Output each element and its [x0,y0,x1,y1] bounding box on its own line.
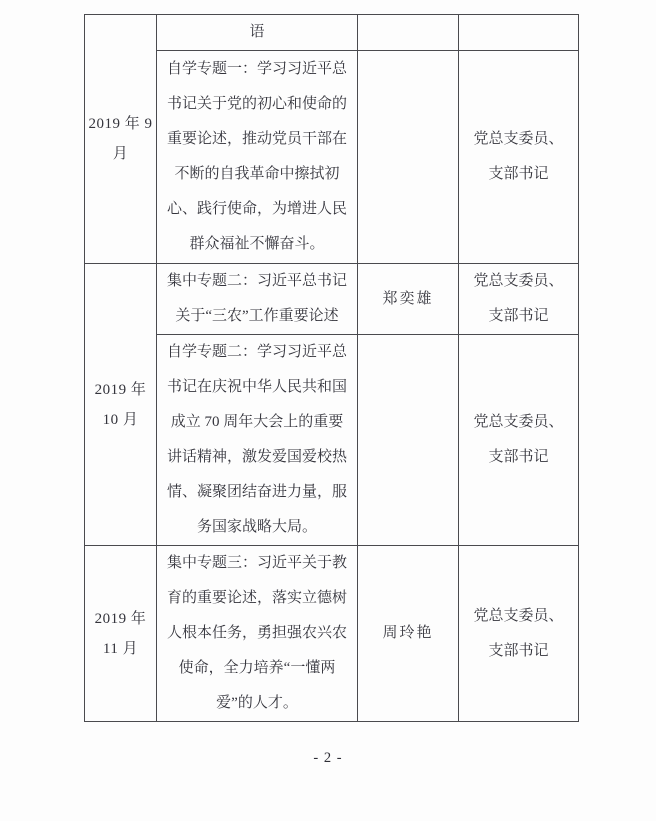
table-row: 自学专题一：学习习近平总书记关于党的初心和使命的重要论述，推动党员干部在不断的自… [85,51,579,264]
topic-cell: 集中专题三：习近平关于教育的重要论述，落实立德树人根本任务，勇担强农兴农使命，全… [157,546,358,722]
participants-cell [459,15,579,51]
speaker-cell [358,51,459,264]
page-number: - 2 - [0,750,656,767]
speaker-cell: 周玲艳 [358,546,459,722]
table-row: 自学专题二：学习习近平总书记在庆祝中华人民共和国成立 70 周年大会上的重要讲话… [85,335,579,546]
topic-cell: 自学专题一：学习习近平总书记关于党的初心和使命的重要论述，推动党员干部在不断的自… [157,51,358,264]
speaker-cell [358,15,459,51]
participants-cell: 党总支委员、支部书记 [459,51,579,264]
speaker-cell [358,335,459,546]
participants-cell: 党总支委员、支部书记 [459,264,579,335]
month-cell: 2019 年 11 月 [85,546,157,722]
participants-cell: 党总支委员、支部书记 [459,546,579,722]
participants-cell: 党总支委员、支部书记 [459,335,579,546]
topic-cell: 集中专题二：习近平总书记关于“三农”工作重要论述 [157,264,358,335]
month-cell: 2019 年 10 月 [85,264,157,546]
study-schedule-table: 2019 年 9 月 语 自学专题一：学习习近平总书记关于党的初心和使命的重要论… [84,14,579,722]
month-cell: 2019 年 9 月 [85,15,157,264]
document-page: 2019 年 9 月 语 自学专题一：学习习近平总书记关于党的初心和使命的重要论… [0,0,656,821]
speaker-cell: 郑奕雄 [358,264,459,335]
table-row: 2019 年 9 月 语 [85,15,579,51]
table-row: 2019 年 10 月 集中专题二：习近平总书记关于“三农”工作重要论述 郑奕雄… [85,264,579,335]
table-row: 2019 年 11 月 集中专题三：习近平关于教育的重要论述，落实立德树人根本任… [85,546,579,722]
topic-cell: 自学专题二：学习习近平总书记在庆祝中华人民共和国成立 70 周年大会上的重要讲话… [157,335,358,546]
topic-cell: 语 [157,15,358,51]
